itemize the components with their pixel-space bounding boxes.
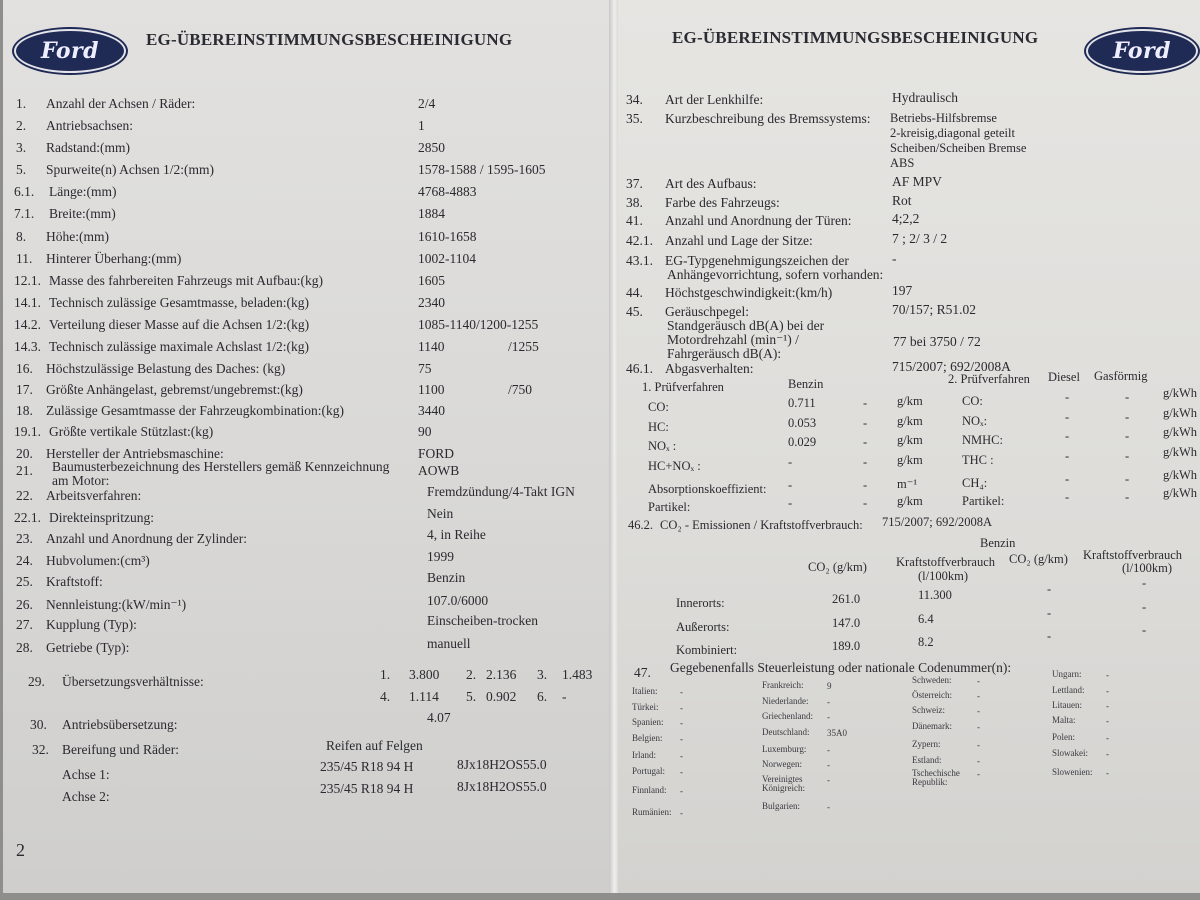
emission-label: Partikel: <box>648 500 690 515</box>
emission-value: 0.053 <box>788 416 816 431</box>
item-value: Benzin <box>427 570 465 586</box>
item-number: 3. <box>16 140 26 156</box>
gas-value: - <box>1125 410 1129 425</box>
item-number: 28. <box>16 640 33 656</box>
item-number: 20. <box>16 446 33 462</box>
gear-number: 1. <box>380 667 390 683</box>
tax-code: - <box>827 775 830 785</box>
emission-unit: g/km <box>897 394 923 409</box>
gear-number: 2. <box>466 667 476 683</box>
item-value: 1605 <box>418 273 445 289</box>
item-value: 1002-1104 <box>418 251 476 267</box>
tax-country: Vereinigtes Königreich: <box>762 775 822 793</box>
tax-code: - <box>1106 749 1109 759</box>
test2-header: 2. Prüfverfahren <box>948 372 1030 387</box>
tax-code: - <box>977 706 980 716</box>
item-label: Anzahl der Achsen / Räder: <box>46 96 195 112</box>
item-label: Kraftstoff: <box>46 574 103 590</box>
rim-size: 8Jx18H2OS55.0 <box>457 779 547 795</box>
item-number: 6.1. <box>14 184 34 200</box>
tax-code: - <box>977 676 980 686</box>
ford-logo-right: Ford <box>1086 29 1198 73</box>
tax-country: Lettland: <box>1052 686 1112 695</box>
item-label: Arbeitsverfahren: <box>46 488 141 504</box>
emission-unit: g/kWh <box>1163 486 1197 501</box>
tax-code: - <box>827 745 830 755</box>
gas-value: - <box>1125 449 1129 464</box>
brake-description: 2-kreisig,diagonal geteilt <box>890 126 1015 141</box>
tax-country: Griechenland: <box>762 712 822 721</box>
col-fuel-unit: (l/100km) <box>918 569 968 584</box>
item-label: Höchstgeschwindigkeit:(km/h) <box>665 285 832 301</box>
item-label: Übersetzungsverhältnisse: <box>62 674 204 690</box>
emission-value-2: - <box>863 455 867 470</box>
brake-description: Betriebs-Hilfsbremse <box>890 111 997 126</box>
tax-code: - <box>680 703 683 713</box>
gas-value: - <box>1125 490 1129 505</box>
item-value: /750 <box>508 382 532 398</box>
item-number: 24. <box>16 553 33 569</box>
tax-code: - <box>680 718 683 728</box>
item-label: Art der Lenkhilfe: <box>665 92 763 108</box>
tyre-size: 235/45 R18 94 H <box>320 759 413 775</box>
tax-country: Bulgarien: <box>762 802 822 811</box>
gear-ratio: 3.800 <box>409 667 439 683</box>
item-number: 25. <box>16 574 33 590</box>
gear-ratio: - <box>562 689 567 705</box>
tax-code: - <box>977 756 980 766</box>
tax-code: - <box>827 697 830 707</box>
item-label: Anzahl und Lage der Sitze: <box>665 233 813 249</box>
tax-code: - <box>827 760 830 770</box>
ford-logo-left: Ford <box>14 29 126 73</box>
page-fold <box>609 0 618 893</box>
co2-value-b: - <box>1047 582 1051 597</box>
item-label: Kupplung (Typ): <box>46 617 137 633</box>
item-value: /1255 <box>508 339 539 355</box>
tax-country: Rumänien: <box>632 808 692 817</box>
item-number: 19.1. <box>14 424 41 440</box>
emission-label: NOₓ: <box>962 414 987 429</box>
item-value: 1100 <box>418 382 445 398</box>
gear-ratio: 1.483 <box>562 667 592 683</box>
gear-ratio: 0.902 <box>486 689 516 705</box>
emission-unit: g/kWh <box>1163 468 1197 483</box>
item-label: Zulässige Gesamtmasse der Fahrzeugkombin… <box>46 403 344 419</box>
tax-country: Norwegen: <box>762 760 822 769</box>
item-number: 17. <box>16 382 33 398</box>
item-number: 5. <box>16 162 26 178</box>
co2-row-label: Innerorts: <box>676 596 725 611</box>
emission-unit: m⁻¹ <box>897 476 917 492</box>
item-label: Nennleistung:(kW/min⁻¹) <box>46 597 186 613</box>
item-value: 4;2,2 <box>892 211 919 227</box>
item-value: 75 <box>418 361 432 377</box>
item-number: 43.1. <box>626 253 653 269</box>
item-label: Getriebe (Typ): <box>46 640 129 656</box>
item-number: 44. <box>626 285 643 301</box>
tax-country: Slowakei: <box>1052 749 1112 758</box>
item-number: 41. <box>626 213 643 229</box>
item-number: 47. <box>634 665 651 681</box>
item-number: 1. <box>16 96 26 112</box>
emission-label: NMHC: <box>962 433 1003 448</box>
item-value: Hydraulisch <box>892 90 958 106</box>
item-label: Art des Aufbaus: <box>665 176 757 192</box>
item-label: Höhe:(mm) <box>46 229 109 245</box>
item-number: 21. <box>16 463 33 479</box>
item-value: 2340 <box>418 295 445 311</box>
tax-code: - <box>977 722 980 732</box>
emission-value: - <box>788 478 792 493</box>
tax-country: Tschechische Republik: <box>912 769 972 787</box>
fuel-type: Benzin <box>788 377 823 392</box>
gear-number: 3. <box>537 667 547 683</box>
item-value: 70/157; R51.02 <box>892 302 976 318</box>
item-number: 26. <box>16 597 33 613</box>
tax-country: Slowenien: <box>1052 768 1112 777</box>
col-co2-b: CO₂ (g/km) <box>1009 552 1068 567</box>
item-number: 22. <box>16 488 33 504</box>
col-fuel-unit-b: (l/100km) <box>1122 561 1172 576</box>
item-number: 18. <box>16 403 33 419</box>
item-label: Radstand:(mm) <box>46 140 130 156</box>
co2-row-label: Außerorts: <box>676 620 729 635</box>
rim-size: 8Jx18H2OS55.0 <box>457 757 547 773</box>
emission-label: CH₄: <box>962 476 987 491</box>
emission-label: Absorptionskoeffizient: <box>648 482 767 497</box>
item-label: Technisch zulässige maximale Achslast 1/… <box>49 339 309 355</box>
emission-value: - <box>788 455 792 470</box>
tax-code: - <box>1106 733 1109 743</box>
item-value: 2/4 <box>418 96 435 112</box>
emission-unit: g/kWh <box>1163 406 1197 421</box>
item-label: am Motor: <box>52 473 109 489</box>
item-label: Anhängevorrichtung, sofern vorhanden: <box>667 267 883 283</box>
col-co2: CO₂ (g/km) <box>808 560 867 575</box>
item-label: Direkteinspritzung: <box>49 510 154 526</box>
fuel-value-b: - <box>1142 576 1146 591</box>
item-number: 30. <box>30 717 47 733</box>
tax-code: 35A0 <box>827 728 847 738</box>
tax-country: Zypern: <box>912 740 972 749</box>
tax-code: - <box>977 691 980 701</box>
emission-unit: g/kWh <box>1163 386 1197 401</box>
item-number: 46.2. <box>628 518 653 533</box>
tax-code: - <box>827 802 830 812</box>
tax-code: - <box>1106 768 1109 778</box>
item-number: 12.1. <box>14 273 41 289</box>
item-number: 22.1. <box>14 510 41 526</box>
item-label: Technisch zulässige Gesamtmasse, beladen… <box>49 295 309 311</box>
tax-country: Schweden: <box>912 676 972 685</box>
item-label: CO₂ - Emissionen / Kraftstoffverbrauch: <box>660 518 863 533</box>
item-value: 1999 <box>427 549 454 565</box>
emission-unit: g/kWh <box>1163 445 1197 460</box>
emission-label: HC+NOₓ : <box>648 459 701 474</box>
tax-code: - <box>680 687 683 697</box>
document-title-left: EG-ÜBEREINSTIMMUNGSBESCHEINIGUNG <box>146 30 512 50</box>
gear-ratio: 1.114 <box>409 689 439 705</box>
item-value: 4768-4883 <box>418 184 477 200</box>
tax-country: Portugal: <box>632 767 692 776</box>
emission-label: Partikel: <box>962 494 1004 509</box>
item-number: 42.1. <box>626 233 653 249</box>
diesel-value: - <box>1065 390 1069 405</box>
emission-value-2: - <box>863 496 867 511</box>
tax-code: - <box>680 751 683 761</box>
tax-country: Estland: <box>912 756 972 765</box>
item-number: 37. <box>626 176 643 192</box>
gear-number: 4. <box>380 689 390 705</box>
tax-country: Italien: <box>632 687 692 696</box>
axle-label: Achse 1: <box>62 767 110 783</box>
emission-label: NOₓ : <box>648 439 676 454</box>
gaseous-header: Gasförmig <box>1094 369 1147 384</box>
item-label: Breite:(mm) <box>49 206 116 222</box>
tax-country: Litauen: <box>1052 701 1112 710</box>
item-label: Abgasverhalten: <box>665 361 753 377</box>
gas-value: - <box>1125 472 1129 487</box>
item-label: Anzahl und Anordnung der Türen: <box>665 213 851 229</box>
item-value: 1 <box>418 118 425 134</box>
item-value: 1140 <box>418 339 445 355</box>
item-number: 16. <box>16 361 33 377</box>
tax-code: - <box>977 740 980 750</box>
tax-country: Schweiz: <box>912 706 972 715</box>
item-label: Hubvolumen:(cm³) <box>46 553 150 569</box>
item-label: Fahrgeräusch dB(A): <box>667 346 781 362</box>
item-value: 197 <box>892 283 912 299</box>
gas-value: - <box>1125 429 1129 444</box>
item-label: Bereifung und Räder: <box>62 742 179 758</box>
emission-value: 0.029 <box>788 435 816 450</box>
diesel-value: - <box>1065 429 1069 444</box>
emission-label: THC : <box>962 453 994 468</box>
tax-country: Österreich: <box>912 691 972 700</box>
tax-country: Türkei: <box>632 703 692 712</box>
item-value: 3440 <box>418 403 445 419</box>
tax-code: - <box>1106 670 1109 680</box>
gear-number: 6. <box>537 689 547 705</box>
tyre-size: 235/45 R18 94 H <box>320 781 413 797</box>
co2-row-label: Kombiniert: <box>676 643 737 658</box>
item-value: Fremdzündung/4-Takt IGN <box>427 484 575 500</box>
document-title-right: EG-ÜBEREINSTIMMUNGSBESCHEINIGUNG <box>672 28 1038 48</box>
emission-label: CO: <box>962 394 983 409</box>
page-number: 2 <box>16 840 25 861</box>
emission-value-2: - <box>863 416 867 431</box>
co2-value-b: - <box>1047 606 1051 621</box>
col-fuel: Kraftstoffverbrauch <box>896 555 995 570</box>
item-number: 27. <box>16 617 33 633</box>
item-number: 29. <box>28 674 45 690</box>
item-label: Masse des fahrbereiten Fahrzeugs mit Auf… <box>49 273 323 289</box>
emission-label: CO: <box>648 400 669 415</box>
item-value: 2850 <box>418 140 445 156</box>
diesel-value: - <box>1065 410 1069 425</box>
emission-unit: g/km <box>897 414 923 429</box>
fuel-value: 11.300 <box>918 588 952 603</box>
item-value: Einscheiben-trocken <box>427 613 538 629</box>
item-value: 1578-1588 / 1595-1605 <box>418 162 546 178</box>
item-value: 4, in Reihe <box>427 527 486 543</box>
test1-header: 1. Prüfverfahren <box>642 380 724 395</box>
item-number: 46.1. <box>626 361 653 377</box>
axle-label: Achse 2: <box>62 789 110 805</box>
tax-country: Deutschland: <box>762 728 822 737</box>
emission-value: - <box>788 496 792 511</box>
tax-code: - <box>680 786 683 796</box>
item-number: 45. <box>626 304 643 320</box>
tax-code: - <box>827 712 830 722</box>
item-value: Nein <box>427 506 453 522</box>
item-label: Größte Anhängelast, gebremst/ungebremst:… <box>46 382 303 398</box>
tax-code: - <box>1106 716 1109 726</box>
item-value: 4.07 <box>427 710 451 726</box>
item-value: manuell <box>427 636 471 652</box>
item-number: 14.1. <box>14 295 41 311</box>
tax-code: - <box>977 769 980 779</box>
emission-value-2: - <box>863 396 867 411</box>
emission-unit: g/km <box>897 433 923 448</box>
diesel-value: - <box>1065 472 1069 487</box>
fuel-value: 6.4 <box>918 612 934 627</box>
emission-value-2: - <box>863 435 867 450</box>
co2-value: 189.0 <box>832 639 860 654</box>
tax-code: - <box>680 734 683 744</box>
item-number: 35. <box>626 111 643 127</box>
tax-code: - <box>1106 686 1109 696</box>
item-value: 1610-1658 <box>418 229 477 245</box>
item-value: Rot <box>892 193 912 209</box>
brake-description: ABS <box>890 156 914 171</box>
item-number: 23. <box>16 531 33 547</box>
item-label: Spurweite(n) Achsen 1/2:(mm) <box>46 162 214 178</box>
item-number: 2. <box>16 118 26 134</box>
tax-country: Polen: <box>1052 733 1112 742</box>
item-number: 8. <box>16 229 26 245</box>
tax-country: Finnland: <box>632 786 692 795</box>
tax-code: - <box>1106 701 1109 711</box>
tax-country: Malta: <box>1052 716 1112 725</box>
tax-country: Niederlande: <box>762 697 822 706</box>
fuel-value-b: - <box>1142 623 1146 638</box>
co2-regulation: 715/2007; 692/2008A <box>882 515 992 530</box>
fuel-value: 8.2 <box>918 635 934 650</box>
gas-value: - <box>1125 390 1129 405</box>
item-value: - <box>892 251 897 267</box>
co2-value: 261.0 <box>832 592 860 607</box>
item-number: 7.1. <box>14 206 34 222</box>
item-label: Länge:(mm) <box>49 184 116 200</box>
brake-description: Scheiben/Scheiben Bremse <box>890 141 1026 156</box>
item-number: 34. <box>626 92 643 108</box>
item-value: 1085-1140/1200-1255 <box>418 317 538 333</box>
item-label: Anzahl und Anordnung der Zylinder: <box>46 531 247 547</box>
emission-value-2: - <box>863 478 867 493</box>
tax-country: Frankreich: <box>762 681 822 690</box>
item-value: 107.0/6000 <box>427 593 488 609</box>
item-label: Hinterer Überhang:(mm) <box>46 251 181 267</box>
item-value: 77 bei 3750 / 72 <box>893 334 981 350</box>
item-value: 7 ; 2/ 3 / 2 <box>892 231 947 247</box>
item-value: 90 <box>418 424 432 440</box>
item-label: Größte vertikale Stützlast:(kg) <box>49 424 213 440</box>
fuel-type: Benzin <box>980 536 1015 551</box>
item-value: AOWB <box>418 463 459 479</box>
tax-country: Luxemburg: <box>762 745 822 754</box>
emission-unit: g/km <box>897 453 923 468</box>
item-label: Kurzbeschreibung des Bremssystems: <box>665 111 870 127</box>
diesel-value: - <box>1065 490 1069 505</box>
tyre-header: Reifen auf Felgen <box>326 738 423 754</box>
fuel-value-b: - <box>1142 600 1146 615</box>
item-number: 32. <box>32 742 49 758</box>
item-value: 1884 <box>418 206 445 222</box>
gear-number: 5. <box>466 689 476 705</box>
item-number: 38. <box>626 195 643 211</box>
co2-value: 147.0 <box>832 616 860 631</box>
tax-code: 9 <box>827 681 832 691</box>
emission-unit: g/km <box>897 494 923 509</box>
item-value: AF MPV <box>892 174 942 190</box>
tax-country: Ungarn: <box>1052 670 1112 679</box>
item-label: Gegebenenfalls Steuerleistung oder natio… <box>670 660 1011 676</box>
tax-country: Irland: <box>632 751 692 760</box>
gear-ratio: 2.136 <box>486 667 516 683</box>
item-value: FORD <box>418 446 454 462</box>
item-label: Farbe des Fahrzeugs: <box>665 195 780 211</box>
emission-unit: g/kWh <box>1163 425 1197 440</box>
tax-country: Spanien: <box>632 718 692 727</box>
item-label: Höchstzulässige Belastung des Daches: (k… <box>46 361 285 377</box>
item-label: Verteilung dieser Masse auf die Achsen 1… <box>49 317 309 333</box>
emission-value: 0.711 <box>788 396 816 411</box>
item-number: 14.2. <box>14 317 41 333</box>
item-number: 14.3. <box>14 339 41 355</box>
item-label: Antriebsübersetzung: <box>62 717 177 733</box>
diesel-header: Diesel <box>1048 370 1080 385</box>
co2-value-b: - <box>1047 629 1051 644</box>
emission-label: HC: <box>648 420 669 435</box>
tax-code: - <box>680 767 683 777</box>
tax-country: Belgien: <box>632 734 692 743</box>
tax-country: Dänemark: <box>912 722 972 731</box>
diesel-value: - <box>1065 449 1069 464</box>
item-label: Antriebsachsen: <box>46 118 133 134</box>
tax-code: - <box>680 808 683 818</box>
item-number: 11. <box>16 251 32 267</box>
